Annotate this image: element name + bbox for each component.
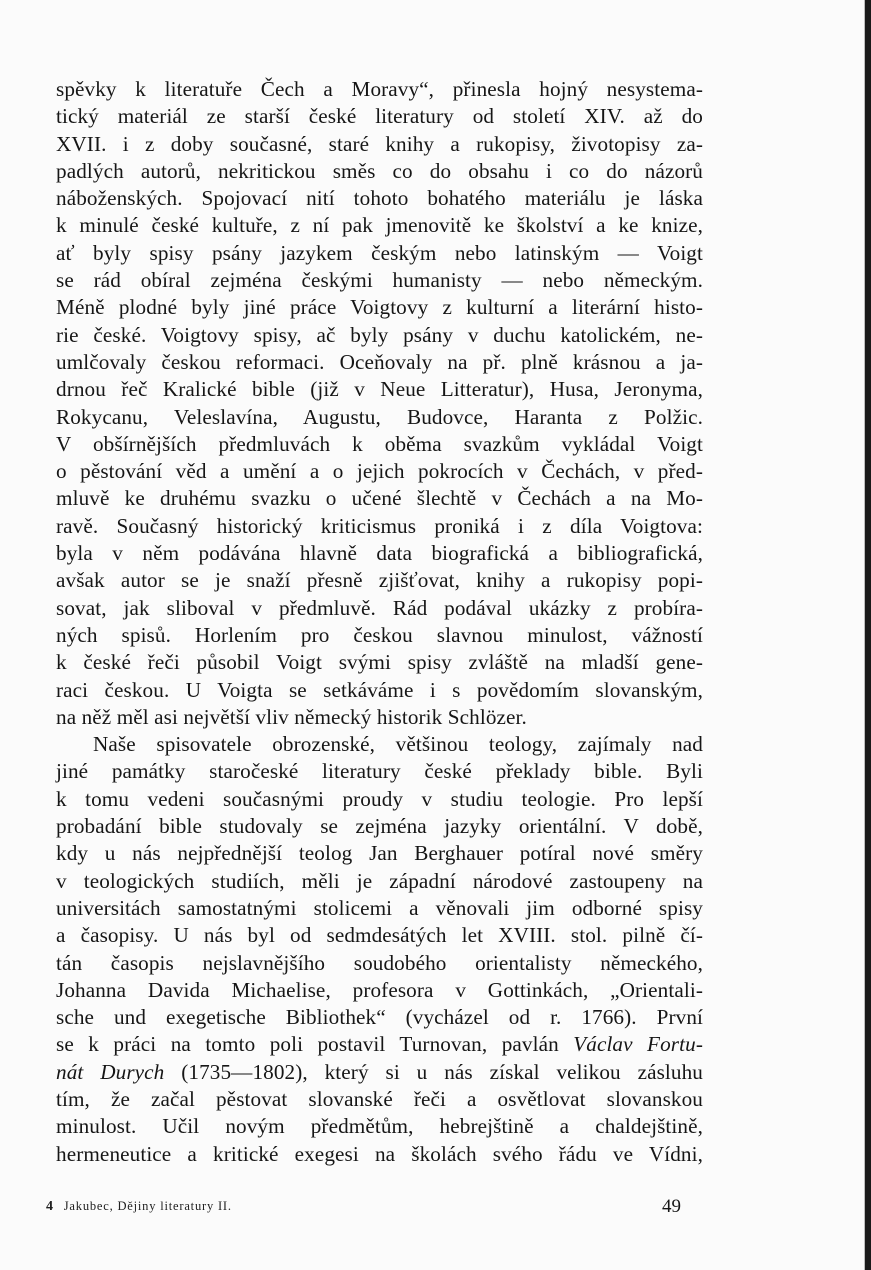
text-line: probadání bible studovaly se zejména jaz… [56, 813, 703, 840]
text-line: v teologických studiích, měli je západní… [56, 868, 703, 895]
text-segment: se k práci na tomto poli postavil Turnov… [56, 1032, 573, 1056]
text-line: V obšírnějších předmluvách k oběma svazk… [56, 431, 703, 458]
text-line: rie české. Voigtovy spisy, ač byly psány… [56, 322, 703, 349]
text-line: k minulé české kultuře, z ní pak jmenovi… [56, 212, 703, 239]
text-line: minulost. Učil novým předmětům, hebrejšt… [56, 1113, 703, 1140]
signature-mark: 4 [46, 1199, 54, 1214]
text-line: avšak autor se je snaží přesně zjišťovat… [56, 567, 703, 594]
text-line: tický materiál ze starší české literatur… [56, 103, 703, 130]
page-number: 49 [662, 1196, 681, 1218]
text-line: se k práci na tomto poli postavil Turnov… [56, 1031, 703, 1058]
text-line: kdy u nás nejpřednější teolog Jan Bergha… [56, 840, 703, 867]
text-line: náboženských. Spojovací nití tohoto boha… [56, 185, 703, 212]
page-footer: 4 Jakubec, Dějiny literatury II. [46, 1199, 232, 1215]
text-line: mluvě ke druhému svazku o učené šlechtě … [56, 485, 703, 512]
text-line: umlčovaly českou reformaci. Oceňovaly na… [56, 349, 703, 376]
paragraph-start-line: Naše spisovatele obrozenské, většinou te… [56, 731, 703, 758]
text-line: universitách samostatnými stolicemi a vě… [56, 895, 703, 922]
text-line: a časopisy. U nás byl od sedmdesátých le… [56, 922, 703, 949]
text-line: ravě. Současný historický kriticismus pr… [56, 513, 703, 540]
text-line: tán časopis nejslavnějšího soudobého ori… [56, 950, 703, 977]
italic-name: Václav Fortu- [573, 1032, 703, 1056]
text-line: k české řeči působil Voigt svými spisy z… [56, 649, 703, 676]
text-line: spěvky k literatuře Čech a Moravy“, přin… [56, 76, 703, 103]
text-segment: (1735—1802), který si u nás získal velik… [164, 1060, 703, 1084]
text-line: nát Durych (1735—1802), který si u nás z… [56, 1059, 703, 1086]
text-line: XVII. i z doby současné, staré knihy a r… [56, 131, 703, 158]
scanned-page: spěvky k literatuře Čech a Moravy“, přin… [0, 0, 865, 1270]
text-line: drnou řeč Kralické bible (již v Neue Lit… [56, 376, 703, 403]
text-line: sovat, jak sliboval v předmluvě. Rád pod… [56, 595, 703, 622]
text-line: tím, že začal pěstovat slovanské řeči a … [56, 1086, 703, 1113]
text-line: jiné památky staročeské literatury české… [56, 758, 703, 785]
text-line: hermeneutice a kritické exegesi na školá… [56, 1141, 703, 1168]
text-line: Johanna Davida Michaelise, profesora v G… [56, 977, 703, 1004]
text-line: Rokycanu, Veleslavína, Augustu, Budovce,… [56, 404, 703, 431]
body-text: spěvky k literatuře Čech a Moravy“, přin… [56, 76, 703, 1168]
text-line: ať byly spisy psány jazykem českým nebo … [56, 240, 703, 267]
text-line: padlých autorů, nekritickou směs co do o… [56, 158, 703, 185]
italic-name: nát Durych [56, 1060, 164, 1084]
text-line: sche und exegetische Bibliothek“ (vycház… [56, 1004, 703, 1031]
running-title: Jakubec, Dějiny literatury II. [64, 1199, 232, 1213]
text-line: o pěstování věd a umění a o jejich pokro… [56, 458, 703, 485]
text-line: k tomu vedeni současnými proudy v studiu… [56, 786, 703, 813]
text-line: byla v něm podávána hlavně data biografi… [56, 540, 703, 567]
text-line: raci českou. U Voigta se setkáváme i s p… [56, 677, 703, 704]
text-line: Méně plodné byly jiné práce Voigtovy z k… [56, 294, 703, 321]
text-line: se rád obíral zejména českými humanisty … [56, 267, 703, 294]
text-line: ných spisů. Horlením pro českou slavnou … [56, 622, 703, 649]
page-edge-shadow [865, 0, 871, 1270]
text-line: na něž měl asi největší vliv německý his… [56, 704, 703, 731]
